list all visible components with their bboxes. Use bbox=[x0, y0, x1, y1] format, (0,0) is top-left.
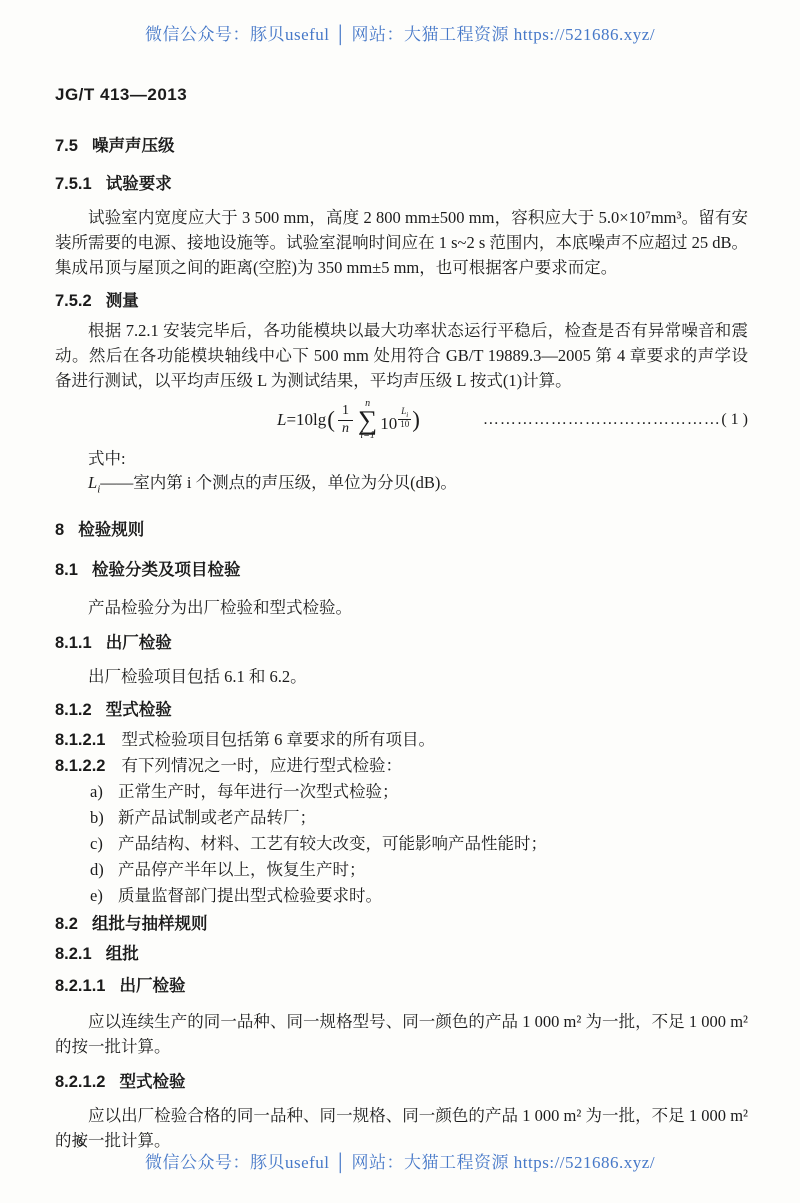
heading-title: 组批 bbox=[106, 943, 139, 965]
heading-number: 8.1 bbox=[55, 559, 78, 581]
equation-1-row: L=10lg( 1 n n ∑ i=1 10 Li 10 ) bbox=[55, 395, 748, 445]
paragraph-7-5-1: 试验室内宽度应大于 3 500 mm，高度 2 800 mm±500 mm，容积… bbox=[55, 205, 748, 280]
heading-title: 组批与抽样规则 bbox=[92, 913, 208, 935]
list-item-letter: e) bbox=[90, 883, 118, 909]
clause-text: 型式检验项目包括第 6 章要求的所有项目。 bbox=[121, 727, 435, 753]
type-test-conditions-list: a) 正常生产时，每年进行一次型式检验； b) 新产品试制或老产品转厂； c) … bbox=[55, 779, 748, 909]
page-content: JG/T 413—2013 7.5 噪声声压级 7.5.1 试验要求 试验室内宽… bbox=[0, 85, 800, 1153]
heading-title: 型式检验 bbox=[106, 699, 172, 721]
fraction-numerator: 1 bbox=[338, 403, 353, 420]
heading-8-2-1-1: 8.2.1.1 出厂检验 bbox=[55, 975, 748, 997]
list-item-text: 质量监督部门提出型式检验要求时。 bbox=[118, 883, 382, 909]
paragraph-8-2-1-1: 应以连续生产的同一品种、同一规格型号、同一颜色的产品 1 000 m² 为一批，… bbox=[55, 1009, 748, 1059]
exponent-denominator: 10 bbox=[398, 419, 411, 430]
heading-number: 8.1.2 bbox=[55, 699, 92, 721]
heading-title: 出厂检验 bbox=[119, 975, 185, 997]
heading-7-5-2: 7.5.2 测量 bbox=[55, 290, 748, 312]
summation-symbol: n ∑ i=1 bbox=[358, 399, 377, 442]
heading-number: 8.2.1 bbox=[55, 943, 92, 965]
formula-open-paren: ( bbox=[326, 407, 336, 433]
page-number: 6 bbox=[76, 1134, 83, 1149]
clause-text: 有下列情况之一时，应进行型式检验： bbox=[121, 753, 402, 779]
heading-title: 出厂检验 bbox=[106, 632, 172, 654]
symbol-definition: Li——室内第 i 个测点的声压级，单位为分贝(dB)。 bbox=[88, 471, 748, 501]
formula-close-paren: ) bbox=[411, 407, 421, 433]
formula-operator: =10lg bbox=[286, 410, 326, 430]
power-base: 10 bbox=[380, 414, 397, 434]
list-item: e) 质量监督部门提出型式检验要求时。 bbox=[55, 883, 748, 909]
watermark-banner-top: 微信公众号：豚贝useful │ 网站：大猫工程资源 https://52168… bbox=[0, 0, 800, 45]
list-item-text: 新产品试制或老产品转厂； bbox=[118, 805, 316, 831]
heading-7-5: 7.5 噪声声压级 bbox=[55, 135, 748, 157]
power-exponent: Li 10 bbox=[398, 407, 411, 430]
heading-number: 7.5.1 bbox=[55, 173, 92, 195]
paragraph-8-2-1-2: 应以出厂检验合格的同一品种、同一规格、同一颜色的产品 1 000 m² 为一批，… bbox=[55, 1103, 748, 1153]
heading-title: 测量 bbox=[106, 290, 139, 312]
list-item: b) 新产品试制或老产品转厂； bbox=[55, 805, 748, 831]
heading-number: 8.2.1.2 bbox=[55, 1071, 105, 1093]
definition-dash: —— bbox=[100, 473, 133, 492]
sigma-icon: ∑ bbox=[358, 409, 377, 432]
list-item: c) 产品结构、材料、工艺有较大改变，可能影响产品性能时； bbox=[55, 831, 748, 857]
symbol-L: Li bbox=[88, 473, 100, 492]
definition-text: 室内第 i 个测点的声压级，单位为分贝(dB)。 bbox=[133, 473, 457, 492]
where-label: 式中: bbox=[88, 447, 748, 471]
paragraph-7-5-2: 根据 7.2.1 安装完毕后，各功能模块以最大功率状态运行平稳后，检查是否有异常… bbox=[55, 318, 748, 393]
heading-number: 8.1.1 bbox=[55, 632, 92, 654]
heading-title: 噪声声压级 bbox=[92, 135, 175, 157]
exponent-numerator: Li bbox=[401, 407, 408, 419]
heading-title: 检验规则 bbox=[78, 519, 144, 541]
heading-title: 试验要求 bbox=[106, 173, 172, 195]
heading-8-1: 8.1 检验分类及项目检验 bbox=[55, 559, 748, 581]
formula-fraction: 1 n bbox=[338, 403, 353, 436]
heading-8: 8 检验规则 bbox=[55, 519, 748, 541]
list-item-text: 产品停产半年以上，恢复生产时； bbox=[118, 857, 366, 883]
fraction-denominator: n bbox=[342, 421, 349, 437]
clause-number: 8.1.2.1 bbox=[55, 727, 105, 753]
list-item-letter: c) bbox=[90, 831, 118, 857]
watermark-banner-bottom: 微信公众号：豚贝useful │ 网站：大猫工程资源 https://52168… bbox=[0, 1148, 800, 1173]
power-term: 10 Li 10 bbox=[380, 407, 411, 434]
list-item: a) 正常生产时，每年进行一次型式检验； bbox=[55, 779, 748, 805]
heading-7-5-1: 7.5.1 试验要求 bbox=[55, 173, 748, 195]
heading-8-2-1-2: 8.2.1.2 型式检验 bbox=[55, 1071, 748, 1093]
heading-title: 检验分类及项目检验 bbox=[92, 559, 241, 581]
heading-number: 7.5 bbox=[55, 135, 78, 157]
list-item: d) 产品停产半年以上，恢复生产时； bbox=[55, 857, 748, 883]
equation-1: L=10lg( 1 n n ∑ i=1 10 Li 10 ) bbox=[277, 399, 421, 442]
list-item-text: 产品结构、材料、工艺有较大改变，可能影响产品性能时； bbox=[118, 831, 547, 857]
clause-8-1-2-2: 8.1.2.2 有下列情况之一时，应进行型式检验： bbox=[55, 753, 748, 779]
heading-number: 8 bbox=[55, 519, 64, 541]
equation-dot-leader: …………………………………… bbox=[483, 411, 721, 429]
heading-8-2: 8.2 组批与抽样规则 bbox=[55, 913, 748, 935]
heading-8-1-2: 8.1.2 型式检验 bbox=[55, 699, 748, 721]
list-item-letter: d) bbox=[90, 857, 118, 883]
standard-number: JG/T 413—2013 bbox=[55, 85, 748, 105]
document-page: 微信公众号：豚贝useful │ 网站：大猫工程资源 https://52168… bbox=[0, 0, 800, 1203]
formula-variable-L: L bbox=[277, 410, 286, 430]
paragraph-8-1: 产品检验分为出厂检验和型式检验。 bbox=[55, 595, 748, 620]
list-item-letter: a) bbox=[90, 779, 118, 805]
heading-8-2-1: 8.2.1 组批 bbox=[55, 943, 748, 965]
equation-number: ( 1 ) bbox=[721, 411, 748, 429]
clause-8-1-2-1: 8.1.2.1 型式检验项目包括第 6 章要求的所有项目。 bbox=[55, 727, 748, 753]
heading-8-1-1: 8.1.1 出厂检验 bbox=[55, 632, 748, 654]
list-item-letter: b) bbox=[90, 805, 118, 831]
clause-number: 8.1.2.2 bbox=[55, 753, 105, 779]
heading-number: 8.2.1.1 bbox=[55, 975, 105, 997]
paragraph-8-1-1: 出厂检验项目包括 6.1 和 6.2。 bbox=[55, 664, 748, 689]
list-item-text: 正常生产时，每年进行一次型式检验； bbox=[118, 779, 399, 805]
summation-lower-limit: i=1 bbox=[360, 431, 375, 441]
heading-title: 型式检验 bbox=[119, 1071, 185, 1093]
heading-number: 8.2 bbox=[55, 913, 78, 935]
heading-number: 7.5.2 bbox=[55, 290, 92, 312]
